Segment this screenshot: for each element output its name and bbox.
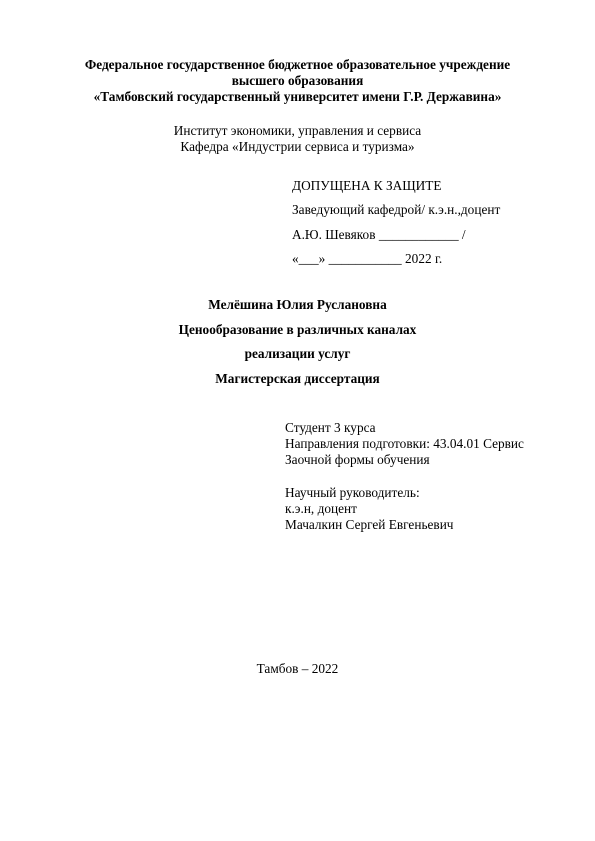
org-name-line1: Федеральное государственное бюджетное об…	[0, 57, 595, 73]
student-course: Студент 3 курса	[285, 420, 376, 436]
author-name: Мелёшина Юлия Руслановна	[0, 297, 595, 313]
approval-title: ДОПУЩЕНА К ЗАЩИТЕ	[292, 178, 441, 194]
student-direction: Направления подготовки: 43.04.01 Сервис	[285, 436, 524, 452]
supervisor-degree: к.э.н, доцент	[285, 501, 357, 517]
supervisor-label: Научный руководитель:	[285, 485, 420, 501]
work-type: Магистерская диссертация	[0, 371, 595, 387]
student-form: Заочной формы обучения	[285, 452, 430, 468]
institute-name: Институт экономики, управления и сервиса	[0, 123, 595, 139]
supervisor-name: Мачалкин Сергей Евгеньевич	[285, 517, 454, 533]
thesis-title-line2: реализации услуг	[0, 346, 595, 362]
approval-position: Заведующий кафедрой/ к.э.н.,доцент	[292, 202, 500, 218]
approval-date: «___» ___________ 2022 г.	[292, 251, 442, 267]
city-year: Тамбов – 2022	[0, 661, 595, 677]
department-name: Кафедра «Индустрии сервиса и туризма»	[0, 139, 595, 155]
org-name-line2: высшего образования	[0, 73, 595, 89]
approval-signatory: А.Ю. Шевяков ____________ /	[292, 227, 466, 243]
thesis-title-line1: Ценообразование в различных каналах	[0, 322, 595, 338]
university-name: «Тамбовский государственный университет …	[0, 89, 595, 105]
